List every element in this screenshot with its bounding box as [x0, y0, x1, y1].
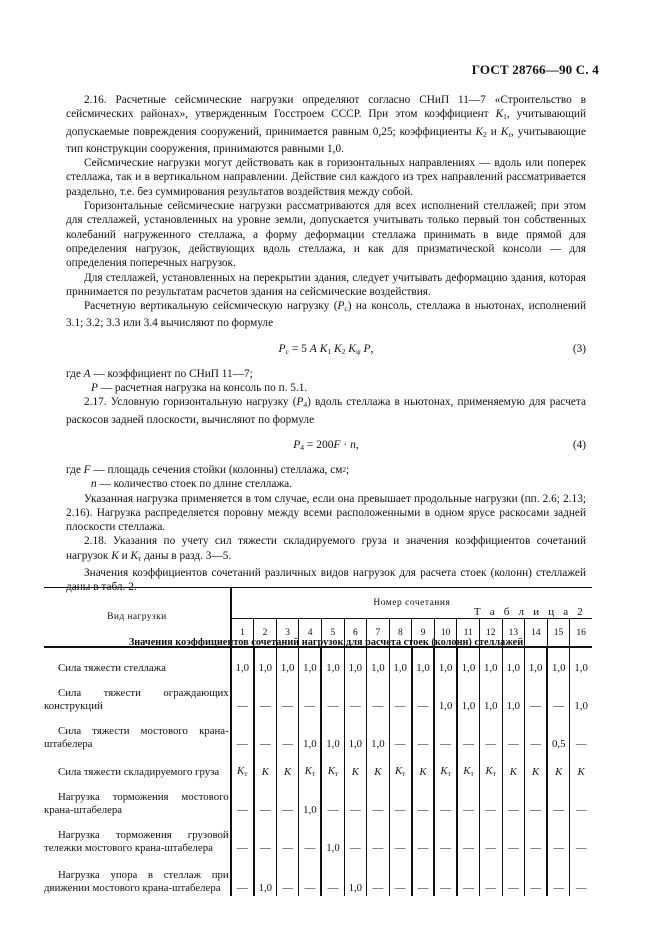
table-cell: 1,0 [480, 647, 503, 676]
document-body: 2.16. Расчетные сейсмические нагрузки оп… [66, 93, 586, 650]
table-cell: — [389, 818, 412, 856]
table-cell: 1,0 [502, 676, 525, 714]
formula-3-expression: Pc = 5 A K1 K2 Kψ P, [66, 342, 586, 359]
table-cell: Kт [299, 752, 322, 780]
column-header: 9 [412, 619, 435, 647]
table-cell: — [367, 780, 390, 818]
table-cell: Kт [434, 752, 457, 780]
table-cell: — [480, 714, 503, 752]
table-cell: — [480, 780, 503, 818]
table-cell: — [525, 676, 548, 714]
row-label: Сила тяжести ограждающих конструкций [44, 676, 231, 714]
table-cell: — [570, 856, 592, 896]
row-label: Сила тяжести мостового крана-штабелера [44, 714, 231, 752]
column-header: 3 [276, 619, 299, 647]
paragraph-floor-racks: Для стеллажей, установленных на перекрыт… [66, 271, 586, 300]
table-cell: — [412, 856, 435, 896]
table-cell: 1,0 [299, 714, 322, 752]
table-cell: 1,0 [547, 647, 570, 676]
table-cell: — [547, 856, 570, 896]
column-header: 14 [525, 619, 548, 647]
row-label: Сила тяжести складируемого груза [44, 752, 231, 780]
table-cell: — [299, 818, 322, 856]
table-cell: 1,0 [457, 676, 480, 714]
table-cell: 1,0 [457, 647, 480, 676]
table-cell: — [254, 714, 277, 752]
document-header: ГОСТ 28766—90 С. 4 [472, 62, 599, 78]
table-cell: 1,0 [344, 856, 367, 896]
table-cell: K [276, 752, 299, 780]
table-cell: — [231, 818, 254, 856]
table-cell: — [389, 780, 412, 818]
table-cell: — [367, 856, 390, 896]
table-cell: 1,0 [367, 647, 390, 676]
table-cell: — [299, 856, 322, 896]
table-cell: 1,0 [570, 647, 592, 676]
table-cell: K [344, 752, 367, 780]
table-cell: 1,0 [344, 714, 367, 752]
column-header: 12 [480, 619, 503, 647]
paragraph-seismic-directions: Сейсмические нагрузки могут действовать … [66, 156, 586, 199]
table-cell: — [254, 780, 277, 818]
table-cell: 1,0 [321, 818, 344, 856]
table-cell: 0,5 [547, 714, 570, 752]
table-cell: 1,0 [321, 714, 344, 752]
table-cell: K [254, 752, 277, 780]
table-cell: — [231, 714, 254, 752]
table-cell: — [276, 676, 299, 714]
table-cell: — [344, 676, 367, 714]
column-header: 4 [299, 619, 322, 647]
table-cell: — [231, 856, 254, 896]
table-cell: Kт [457, 752, 480, 780]
paragraph-2-17: 2.17. Условную горизонтальную нагрузку (… [66, 395, 586, 427]
table-row: Сила тяжести мостового крана-штабелера——… [44, 714, 592, 752]
row-label: Сила тяжести стеллажа [44, 647, 231, 676]
column-header: 15 [547, 619, 570, 647]
table-cell: — [457, 818, 480, 856]
column-header: 7 [367, 619, 390, 647]
paragraph-horizontal-loads: Горизонтальные сейсмические нагрузки рас… [66, 199, 586, 270]
table-cell: — [344, 818, 367, 856]
table-cell: — [525, 818, 548, 856]
table-cell: — [276, 818, 299, 856]
table-row: Нагрузка упора в стеллаж при движении мо… [44, 856, 592, 896]
table-cell: K [412, 752, 435, 780]
table-cell: K [525, 752, 548, 780]
table-cell: — [367, 818, 390, 856]
table-cell: Kт [321, 752, 344, 780]
paragraph-load-applied: Указанная нагрузка применяется в том слу… [66, 492, 586, 535]
table-cell: — [502, 714, 525, 752]
table-cell: — [502, 818, 525, 856]
table-cell: 1,0 [389, 647, 412, 676]
table-cell: 1,0 [502, 647, 525, 676]
row-label: Нагрузка торможения грузовой тележки мос… [44, 818, 231, 856]
table-cell: — [480, 818, 503, 856]
table-cell: — [502, 780, 525, 818]
table-cell: — [299, 676, 322, 714]
table-cell: 1,0 [254, 856, 277, 896]
column-header: 16 [570, 619, 592, 647]
table-cell: 1,0 [344, 647, 367, 676]
column-header: 1 [231, 619, 254, 647]
table-cell: — [276, 714, 299, 752]
table-cell: 1,0 [525, 647, 548, 676]
column-header: 11 [457, 619, 480, 647]
table-cell: 1,0 [321, 647, 344, 676]
table-cell: — [547, 780, 570, 818]
legend-row: где A — коэффициент по СНиП 11—7; [66, 367, 586, 381]
column-header: 6 [344, 619, 367, 647]
table-cell: — [434, 780, 457, 818]
table-cell: — [254, 676, 277, 714]
legend-row: n — количество стоек по длине стеллажа. [66, 477, 586, 491]
table-cell: — [389, 714, 412, 752]
table-cell: — [254, 818, 277, 856]
table-cell: — [412, 780, 435, 818]
table-cell: — [321, 780, 344, 818]
table-cell: K [367, 752, 390, 780]
formula-4-expression: P4 = 200F · n, [66, 438, 586, 455]
table-cell: 1,0 [480, 676, 503, 714]
table-cell: 1,0 [299, 780, 322, 818]
formula-3: Pc = 5 A K1 K2 Kψ P, (3) [66, 335, 586, 365]
table-cell: K [502, 752, 525, 780]
formula-3-number: (3) [573, 342, 586, 356]
table-cell: — [457, 714, 480, 752]
table-cell: — [502, 856, 525, 896]
table-row: Сила тяжести стеллажа1,01,01,01,01,01,01… [44, 647, 592, 676]
table-cell: — [434, 818, 457, 856]
table-cell: — [276, 856, 299, 896]
table-cell: Kт [480, 752, 503, 780]
table-cell: Kт [231, 752, 254, 780]
table-cell: Kт [389, 752, 412, 780]
table-cell: K [547, 752, 570, 780]
table-2: Вид нагрузки Номер сочетания 12345678910… [44, 587, 592, 896]
table-cell: 1,0 [254, 647, 277, 676]
table-cell: 1,0 [299, 647, 322, 676]
table-cell: — [321, 676, 344, 714]
table-cell: — [344, 780, 367, 818]
table-cell: 1,0 [434, 647, 457, 676]
row-label: Нагрузка упора в стеллаж при движении мо… [44, 856, 231, 896]
table-cell: — [389, 856, 412, 896]
table-cell: — [434, 856, 457, 896]
column-header: 2 [254, 619, 277, 647]
table-row: Нагрузка торможения мостового крана-штаб… [44, 780, 592, 818]
paragraph-vertical-load: Расчетную вертикальную сейсмическую нагр… [66, 299, 586, 331]
table-cell: — [321, 856, 344, 896]
header-load-type: Вид нагрузки [44, 588, 231, 648]
table-cell: — [231, 780, 254, 818]
formula-4: P4 = 200F · n, (4) [66, 431, 586, 461]
table-cell: — [525, 714, 548, 752]
formula-3-legend: где A — коэффициент по СНиП 11—7; P — ра… [66, 367, 586, 396]
table-cell: 1,0 [570, 676, 592, 714]
column-header: 8 [389, 619, 412, 647]
column-header: 13 [502, 619, 525, 647]
table-cell: — [412, 714, 435, 752]
table-cell: — [367, 676, 390, 714]
table-cell: — [570, 818, 592, 856]
header-combination-number: Номер сочетания [231, 588, 592, 619]
table-row: Нагрузка торможения грузовой тележки мос… [44, 818, 592, 856]
table-cell: — [389, 676, 412, 714]
table-cell: 1,0 [367, 714, 390, 752]
table-cell: — [412, 676, 435, 714]
table-cell: — [276, 780, 299, 818]
table-cell: — [525, 856, 548, 896]
row-label: Нагрузка торможения мостового крана-штаб… [44, 780, 231, 818]
table-cell: K [570, 752, 592, 780]
table-cell: 1,0 [434, 676, 457, 714]
table-cell: — [231, 676, 254, 714]
table-cell: — [480, 856, 503, 896]
table-cell: — [547, 676, 570, 714]
table-cell: — [457, 780, 480, 818]
formula-4-number: (4) [573, 438, 586, 452]
table-cell: — [525, 780, 548, 818]
table-row: Сила тяжести складируемого грузаKтKKKтKт… [44, 752, 592, 780]
column-header: 5 [321, 619, 344, 647]
table-cell: 1,0 [412, 647, 435, 676]
legend-row: P — расчетная нагрузка на консоль по п. … [66, 381, 586, 395]
table-cell: — [570, 714, 592, 752]
table-cell: — [457, 856, 480, 896]
table-cell: — [434, 714, 457, 752]
paragraph-2-16: 2.16. Расчетные сейсмические нагрузки оп… [66, 93, 586, 156]
table-row: Сила тяжести ограждающих конструкций————… [44, 676, 592, 714]
table-cell: 1,0 [276, 647, 299, 676]
column-header: 10 [434, 619, 457, 647]
table-cell: — [412, 818, 435, 856]
legend-row: где F — площадь сечения стойки (колонны)… [66, 463, 586, 477]
table-cell: 1,0 [231, 647, 254, 676]
table-cell: — [547, 818, 570, 856]
table-cell: — [570, 780, 592, 818]
paragraph-2-18: 2.18. Указания по учету сил тяжести скла… [66, 534, 586, 566]
formula-4-legend: где F — площадь сечения стойки (колонны)… [66, 463, 586, 492]
